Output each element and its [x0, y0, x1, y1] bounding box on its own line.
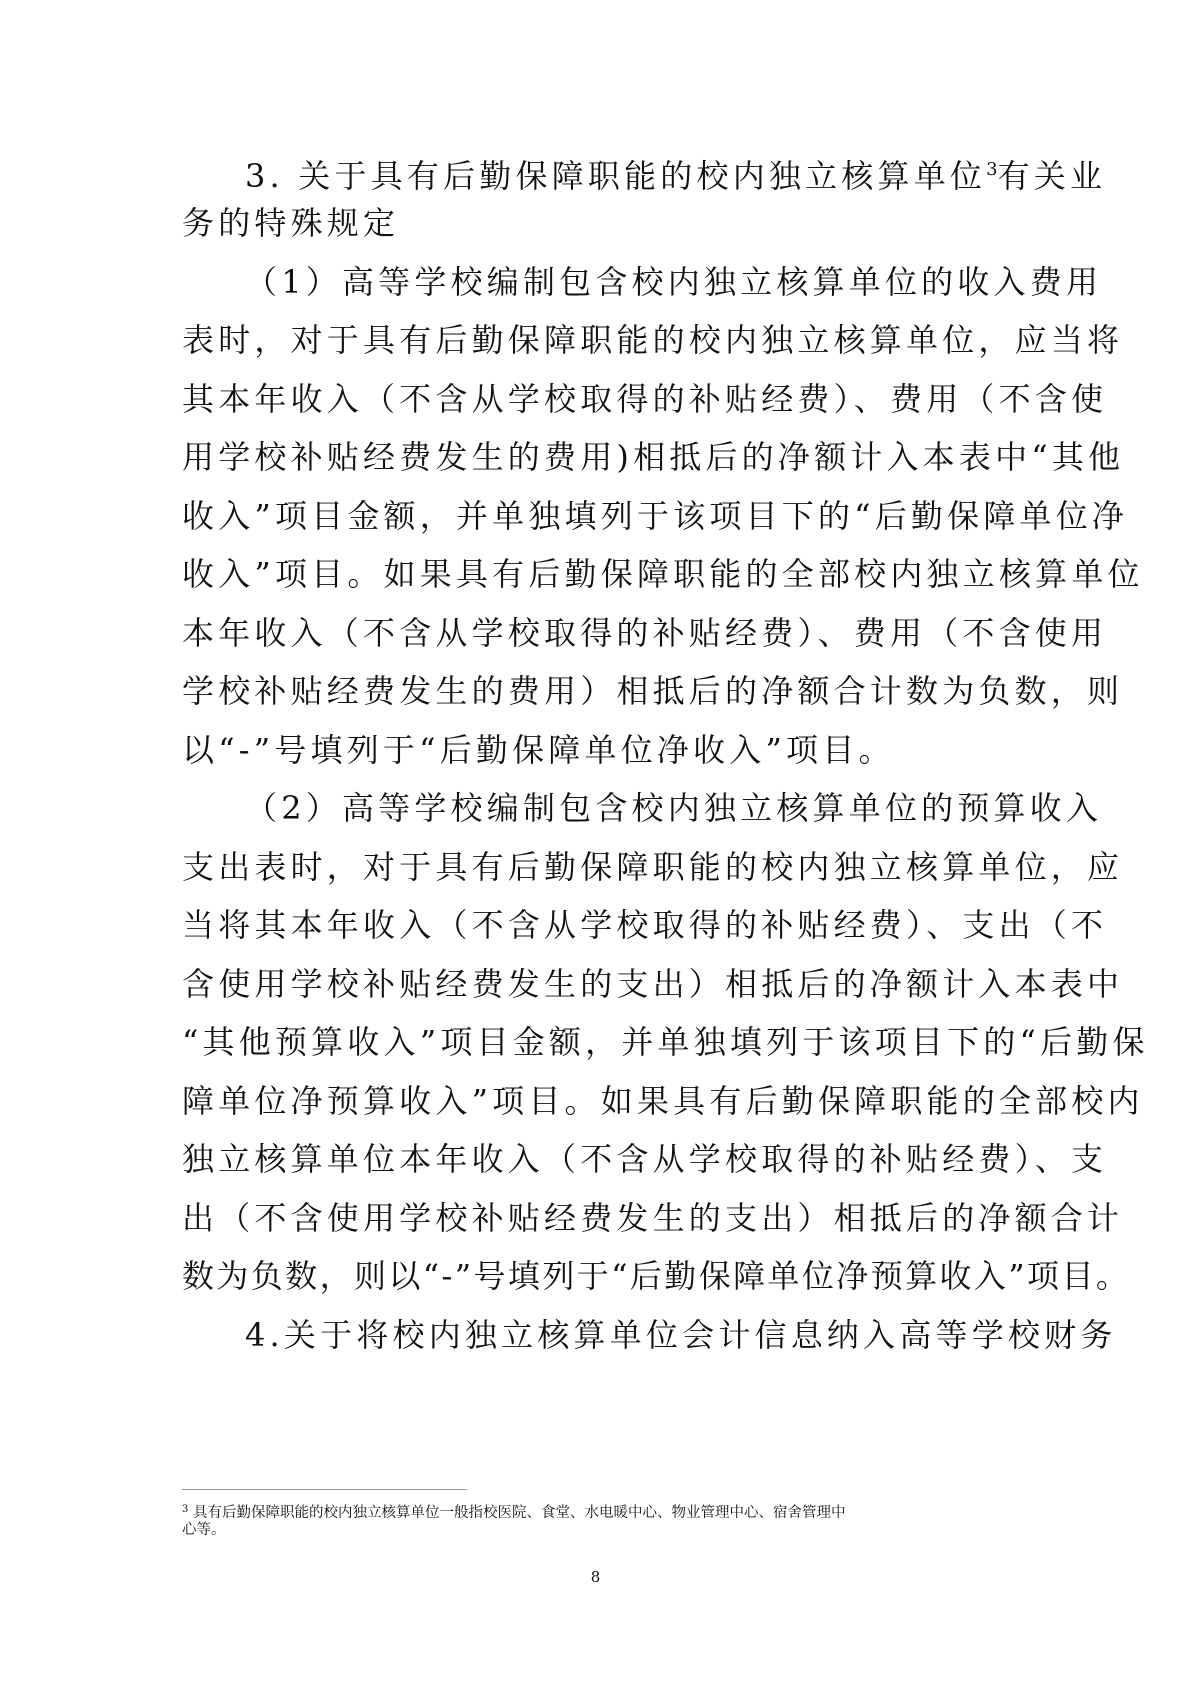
body-line: 数为负数，则以“-”号填列于“后勤保障单位净预算收入”项目。: [182, 1256, 1022, 1296]
footnote-3-cont: 心等。: [182, 1520, 1022, 1540]
paragraph-1-start: （1）高等学校编制包含校内独立核算单位的收入费用: [245, 262, 1085, 302]
footnote-text: 具有后勤保障职能的校内独立核算单位一般指校医院、食堂、水电暖中心、物业管理中心、…: [188, 1505, 845, 1521]
body-line: 当将其本年收入（不含从学校取得的补贴经费）、支出（不: [182, 905, 1022, 945]
body-line: 以“-”号填列于“后勤保障单位净收入”项目。: [182, 730, 1022, 770]
body-line: 学校补贴经费发生的费用）相抵后的净额合计数为负数，则: [182, 671, 1022, 711]
body-line: 独立核算单位本年收入（不含从学校取得的补贴经费）、支: [182, 1139, 1022, 1179]
heading-text-cont: 有关业: [998, 157, 1107, 195]
footnote-separator: [182, 1489, 467, 1490]
paragraph-2-start: （2）高等学校编制包含校内独立核算单位的预算收入: [245, 788, 1085, 828]
heading-text: 3. 关于具有后勤保障职能的校内独立核算单位: [245, 157, 986, 195]
body-line: 本年收入（不含从学校取得的补贴经费）、费用（不含使用: [182, 613, 1022, 653]
body-line: 收入”项目。如果具有后勤保障职能的全部校内独立核算单位: [182, 554, 1022, 594]
section-heading-4: 4.关于将校内独立核算单位会计信息纳入高等学校财务: [245, 1315, 1085, 1355]
body-line: 用学校补贴经费发生的费用)相抵后的净额计入本表中“其他: [182, 437, 1022, 477]
page-number: 8: [0, 1568, 1191, 1586]
body-line: 务的特殊规定: [182, 203, 1022, 243]
body-line: 出（不含使用学校补贴经费发生的支出）相抵后的净额合计: [182, 1198, 1022, 1238]
body-line: 障单位净预算收入”项目。如果具有后勤保障职能的全部校内: [182, 1081, 1022, 1121]
section-heading-3: 3. 关于具有后勤保障职能的校内独立核算单位3有关业: [245, 150, 1085, 196]
body-line: 收入”项目金额，并单独填列于该项目下的“后勤保障单位净: [182, 496, 1022, 536]
body-line: 含使用学校补贴经费发生的支出）相抵后的净额计入本表中: [182, 964, 1022, 1004]
footnote-ref[interactable]: 3: [986, 159, 997, 180]
body-line: 其本年收入（不含从学校取得的补贴经费）、费用（不含使: [182, 379, 1022, 419]
body-line: “其他预算收入”项目金额，并单独填列于该项目下的“后勤保: [182, 1022, 1022, 1062]
body-line: 表时，对于具有后勤保障职能的校内独立核算单位，应当将: [182, 320, 1022, 360]
body-line: 支出表时，对于具有后勤保障职能的校内独立核算单位，应: [182, 847, 1022, 887]
